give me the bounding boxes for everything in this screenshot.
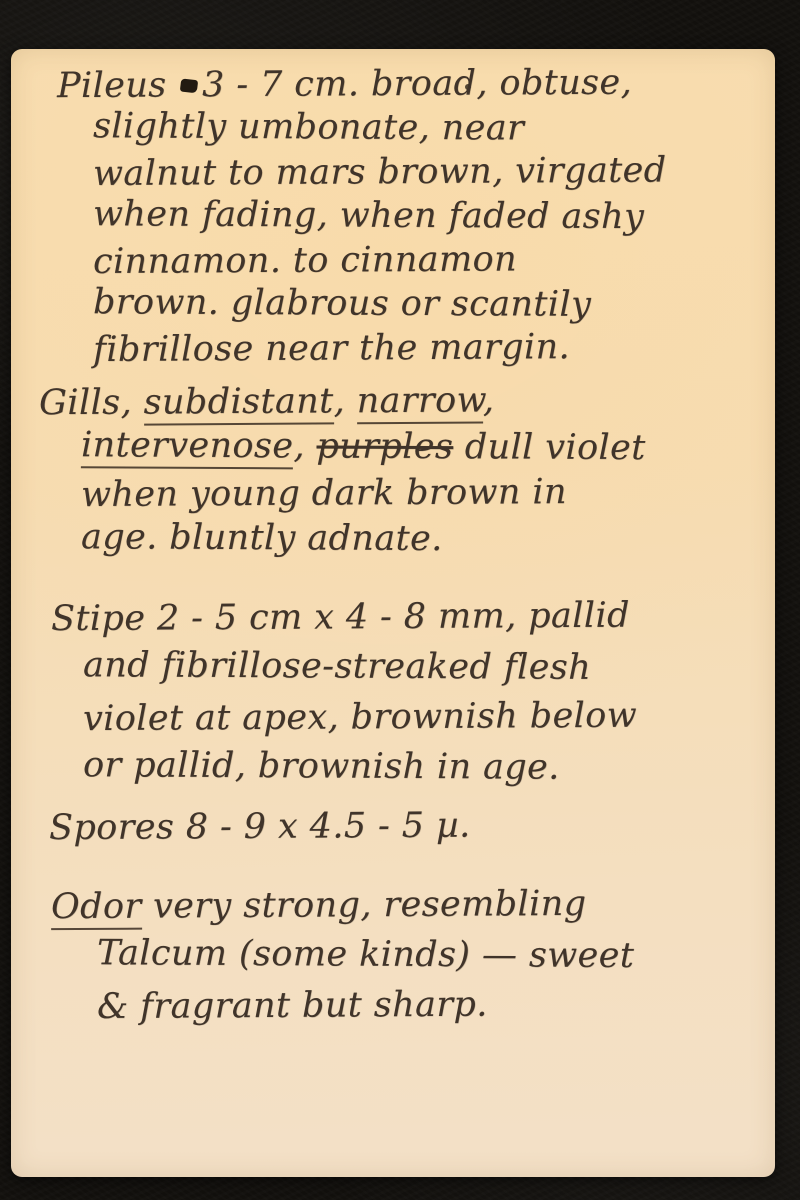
handwritten-line: or pallid, brownish in age. [83, 740, 763, 794]
handwritten-line: when young dark brown in [81, 468, 763, 518]
handwritten-line: cinnamon. to cinnamon [93, 236, 763, 284]
handwritten-line: and fibrillose-streaked flesh [83, 640, 763, 694]
handwritten-line: Stipe 2 - 5 cm x 4 - 8 mm, pallid [51, 590, 763, 644]
handwriting-segment: fibrillose near the margin. [93, 327, 570, 370]
underlined-word: narrow [357, 381, 483, 425]
note-section-odor: Odor very strong, resemblingTalcum (some… [39, 880, 763, 1030]
handwriting-segment: , [293, 426, 316, 466]
handwritten-line: Spores 8 - 9 x 4.5 - 5 µ. [49, 800, 763, 852]
handwriting-segment: walnut to mars brown, virgated [93, 151, 667, 195]
note-section-pileus: Pileus 3 - 7 cm. broad, obtuse,slightly … [39, 62, 763, 370]
handwriting-segment: & fragrant but sharp. [97, 985, 488, 1027]
note-card: Pileus 3 - 7 cm. broad, obtuse,slightly … [11, 49, 775, 1177]
handwriting-segment: when young dark brown in [81, 472, 567, 515]
underlined-word: intervenose [81, 425, 294, 469]
handwriting-segment: when fading, when faded ashy [93, 194, 644, 237]
handwriting-segment: , [333, 381, 356, 421]
handwriting-segment: very strong, resembling [141, 884, 586, 927]
note-section-stipe: Stipe 2 - 5 cm x 4 - 8 mm, pallidand fib… [39, 592, 763, 792]
handwriting-segment: Pileus [57, 65, 178, 106]
handwriting-segment: Talcum (some kinds) — sweet [97, 933, 634, 976]
handwriting-segment: and fibrillose-streaked flesh [83, 645, 591, 688]
handwritten-line: intervenose, purples dull violet [81, 422, 763, 472]
underlined-word: Odor [51, 887, 142, 931]
handwritten-line: & fragrant but sharp. [97, 978, 763, 1032]
note-section-gills: Gills, subdistant, narrow,intervenose, p… [39, 378, 763, 562]
note-section-spores: Spores 8 - 9 x 4.5 - 5 µ. [39, 802, 763, 850]
underlined-word: subdistant [143, 381, 333, 425]
handwriting-segment: age. bluntly adnate. [81, 517, 443, 559]
handwriting-segment: Stipe 2 - 5 cm x 4 - 8 mm, pallid [51, 596, 630, 640]
handwritten-line: violet at apex, brownish below [83, 690, 763, 744]
handwritten-line: Odor very strong, resembling [51, 878, 763, 932]
handwriting-segment: Gills, [39, 383, 144, 424]
note-content: Pileus 3 - 7 cm. broad, obtuse,slightly … [39, 62, 763, 1030]
handwritten-line: age. bluntly adnate. [81, 514, 763, 564]
handwritten-line: Gills, subdistant, narrow, [39, 376, 763, 426]
handwriting-segment: slightly umbonate, near [93, 106, 524, 148]
struck-out-word: purples [316, 426, 453, 467]
handwritten-line: walnut to mars brown, virgated [93, 148, 763, 196]
handwritten-line: Pileus 3 - 7 cm. broad, obtuse, [57, 60, 763, 108]
handwriting-segment: brown. glabrous or scantily [93, 282, 591, 325]
photo-background: Pileus 3 - 7 cm. broad, obtuse,slightly … [0, 0, 800, 1200]
handwriting-segment: cinnamon. to cinnamon [93, 239, 517, 282]
handwriting-segment: violet at apex, brownish below [83, 696, 637, 739]
handwritten-line: brown. glabrous or scantily [93, 280, 763, 328]
handwritten-line: when fading, when faded ashy [93, 192, 763, 240]
handwritten-line: Talcum (some kinds) — sweet [97, 928, 763, 981]
handwriting-segment: dull violet [453, 427, 646, 468]
handwritten-line: slightly umbonate, near [93, 104, 763, 152]
ink-blot [180, 78, 198, 93]
handwriting-segment: , [483, 380, 495, 420]
handwriting-segment: 3 - 7 cm. broad, obtuse, [202, 63, 632, 106]
handwritten-line: fibrillose near the margin. [93, 324, 763, 372]
handwriting-segment: Spores 8 - 9 x 4.5 - 5 µ. [49, 806, 471, 849]
handwriting-segment: or pallid, brownish in age. [83, 745, 560, 787]
